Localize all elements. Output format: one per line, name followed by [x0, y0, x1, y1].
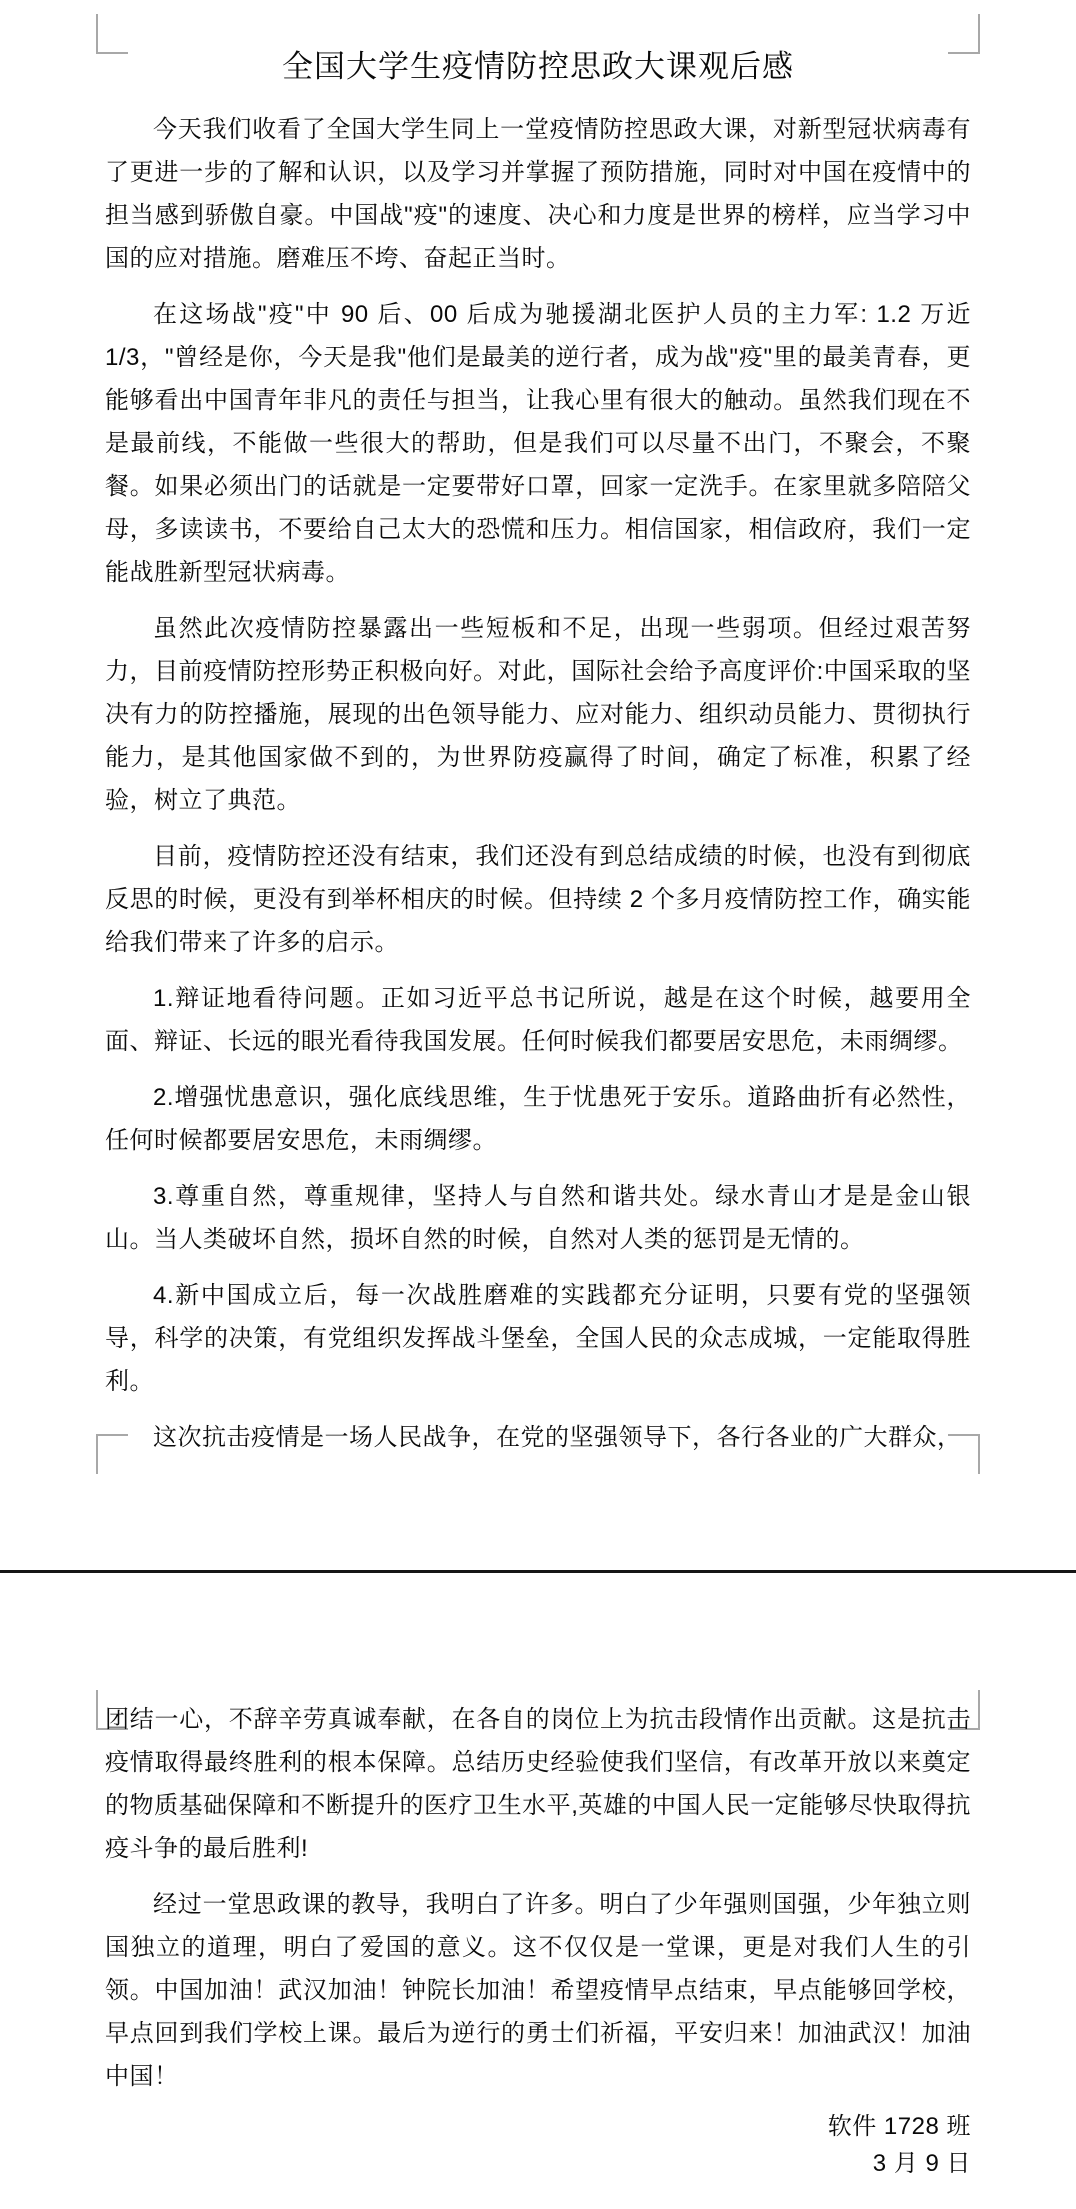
signature-class-line: 软件 1728 班	[105, 2108, 971, 2145]
page-2: 团结一心，不辞辛劳真诚奉献，在各自的岗位上为抗击段情作出贡献。这是抗击疫情取得最…	[105, 1698, 971, 2182]
paragraph-5: 这次抗击疫情是一场人民战争，在党的坚强领导下，各行各业的广大群众，	[105, 1416, 971, 1459]
paragraph-4: 目前，疫情防控还没有结束，我们还没有到总结成绩的时候，也没有到彻底反思的时候，更…	[105, 835, 971, 964]
page2-body: 团结一心，不辞辛劳真诚奉献，在各自的岗位上为抗击段情作出贡献。这是抗击疫情取得最…	[105, 1698, 971, 2098]
list-item-3: 3.尊重自然，尊重规律，坚持人与自然和谐共处。绿水青山才是是金山银山。当人类破坏…	[105, 1175, 971, 1261]
paragraph-6: 经过一堂思政课的教导，我明白了许多。明白了少年强则国强，少年独立则国独立的道理，…	[105, 1883, 971, 2098]
paragraph-5-continued: 团结一心，不辞辛劳真诚奉献，在各自的岗位上为抗击段情作出贡献。这是抗击疫情取得最…	[105, 1698, 971, 1870]
page-break-divider	[0, 1570, 1076, 1573]
paragraph-1: 今天我们收看了全国大学生同上一堂疫情防控思政大课，对新型冠状病毒有了更进一步的了…	[105, 108, 971, 280]
page-1: 全国大学生疫情防控思政大课观后感 今天我们收看了全国大学生同上一堂疫情防控思政大…	[105, 44, 971, 1459]
signature-date-line: 3 月 9 日	[105, 2145, 971, 2182]
page1-body: 今天我们收看了全国大学生同上一堂疫情防控思政大课，对新型冠状病毒有了更进一步的了…	[105, 108, 971, 1459]
document-title: 全国大学生疫情防控思政大课观后感	[105, 44, 971, 90]
list-item-1: 1.辩证地看待问题。正如习近平总书记所说，越是在这个时候，越要用全面、辩证、长远…	[105, 977, 971, 1063]
list-item-2: 2.增强忧患意识，强化底线思维，生于忧患死于安乐。道路曲折有必然性，任何时候都要…	[105, 1076, 971, 1162]
list-item-4: 4.新中国成立后，每一次战胜磨难的实践都充分证明，只要有党的坚强领导，科学的决策…	[105, 1274, 971, 1403]
paragraph-2: 在这场战"疫"中 90 后、00 后成为驰援湖北医护人员的主力军: 1.2 万近…	[105, 293, 971, 594]
signature-block: 软件 1728 班 3 月 9 日	[105, 2108, 971, 2182]
paragraph-3: 虽然此次疫情防控暴露出一些短板和不足，出现一些弱项。但经过艰苦努力，目前疫情防控…	[105, 607, 971, 822]
